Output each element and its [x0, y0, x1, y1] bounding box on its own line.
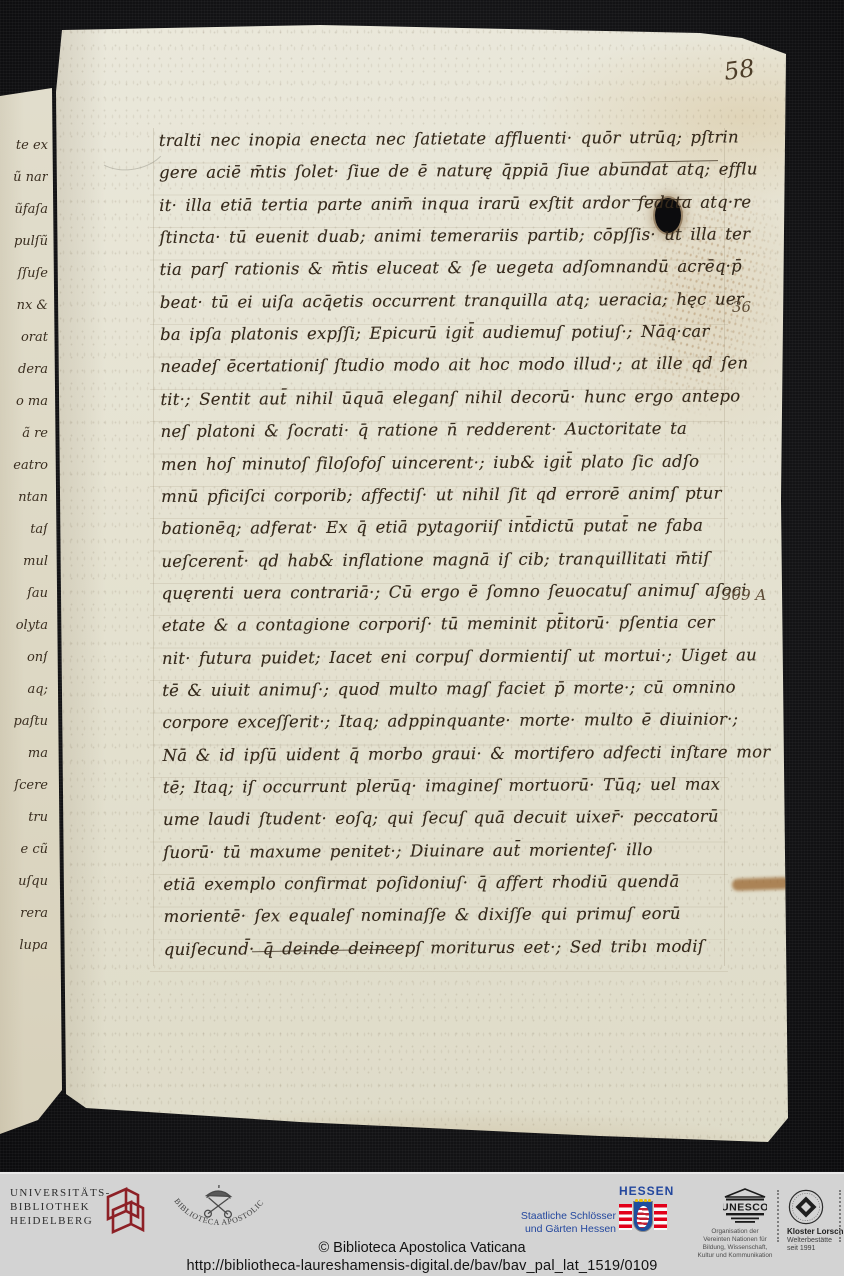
hessen-crown	[635, 1199, 651, 1202]
edge-fragment: ſau	[0, 586, 48, 601]
edge-fragment: ã re	[0, 426, 48, 441]
margin-note: 309 A	[722, 586, 766, 604]
digitized-manuscript-view: t̃e exũ narũfaſapulſũſſuſenx &oratderao …	[0, 0, 844, 1276]
edge-fragment: eatro	[0, 458, 48, 473]
heidelberg-line1: UNIVERSITÄTS-	[10, 1186, 111, 1200]
hessen-wordmark: HESSEN	[619, 1184, 667, 1198]
margin-note: 36	[732, 298, 751, 316]
edge-fragment: onſ	[0, 650, 48, 665]
footer-bar: UNIVERSITÄTS- BIBLIOTHEK HEIDELBERG	[0, 1172, 844, 1276]
heidelberg-book-icon	[100, 1182, 146, 1234]
margin-note-list: 36309 A	[0, 0, 844, 1172]
hessen-lion	[636, 1205, 651, 1228]
hessen-caption-line2: und Gärten Hessen	[452, 1223, 616, 1236]
edge-fragment: uſqu	[0, 874, 48, 889]
edge-fragment: nx &	[0, 298, 48, 313]
edge-fragment: dera	[0, 362, 48, 377]
edge-fragment: ſcere	[0, 778, 48, 793]
hessen-stripes-right	[654, 1204, 667, 1230]
footer-divider	[777, 1190, 779, 1242]
edge-fragment: paſtu	[0, 714, 48, 729]
edge-fragment: ntan	[0, 490, 48, 505]
heidelberg-library-wordmark: UNIVERSITÄTS- BIBLIOTHEK HEIDELBERG	[10, 1186, 111, 1228]
hessen-coat-of-arms: HESSEN	[619, 1184, 667, 1233]
manuscript-page: 58 tralti nec inopia enecta nec ſatietat…	[0, 0, 844, 1172]
edge-fragment: orat	[0, 330, 48, 345]
heidelberg-line2: BIBLIOTHEK	[10, 1200, 111, 1214]
edge-fragment: t̃e ex	[0, 138, 48, 153]
edge-fragment: e cũ	[0, 842, 48, 857]
hessen-shield	[633, 1201, 653, 1232]
edge-fragment: taſ	[0, 522, 48, 537]
unesco-acronym: UNESCO	[723, 1202, 767, 1214]
edge-fragment: tru	[0, 810, 48, 825]
edge-fragment: ũ nar	[0, 170, 48, 185]
lorsch-title: Kloster Lorsch	[787, 1228, 843, 1237]
edge-fragment: ma	[0, 746, 48, 761]
edge-fragment: ũfaſa	[0, 202, 48, 217]
edge-fragment-list: t̃e exũ narũfaſapulſũſſuſenx &oratderao …	[0, 94, 52, 1094]
edge-fragment: olyta	[0, 618, 48, 633]
heidelberg-line3: HEIDELBERG	[10, 1214, 111, 1228]
edge-fragment: mul	[0, 554, 48, 569]
edge-fragment: aq;	[0, 682, 48, 697]
copyright-text: © Biblioteca Apostolica Vaticana	[0, 1240, 844, 1256]
hessen-stripes-left	[619, 1204, 632, 1230]
edge-fragment: ſſuſe	[0, 266, 48, 281]
edge-fragment: o ma	[0, 394, 48, 409]
edge-fragment: rera	[0, 906, 48, 921]
kloster-lorsch-icon	[788, 1189, 824, 1225]
hessen-caption-line1: Staatliche Schlösser	[452, 1210, 616, 1223]
source-url-text: http://bibliotheca-laureshamensis-digita…	[0, 1258, 844, 1274]
unesco-caption-line: Organisation der	[684, 1228, 786, 1236]
photo-background: t̃e exũ narũfaſapulſũſſuſenx &oratderao …	[0, 0, 844, 1172]
edge-fragment: pulſũ	[0, 234, 48, 249]
unesco-logo-icon: UNESCO	[723, 1188, 767, 1224]
hessen-caption: Staatliche Schlösser und Gärten Hessen	[452, 1210, 616, 1236]
edge-fragment: lupa	[0, 938, 48, 953]
footer-divider	[839, 1190, 841, 1242]
vatican-seal-icon: BIBLIOTECA APOSTOLICA VATICANA	[167, 1182, 269, 1243]
hessen-arms-row	[619, 1201, 667, 1233]
